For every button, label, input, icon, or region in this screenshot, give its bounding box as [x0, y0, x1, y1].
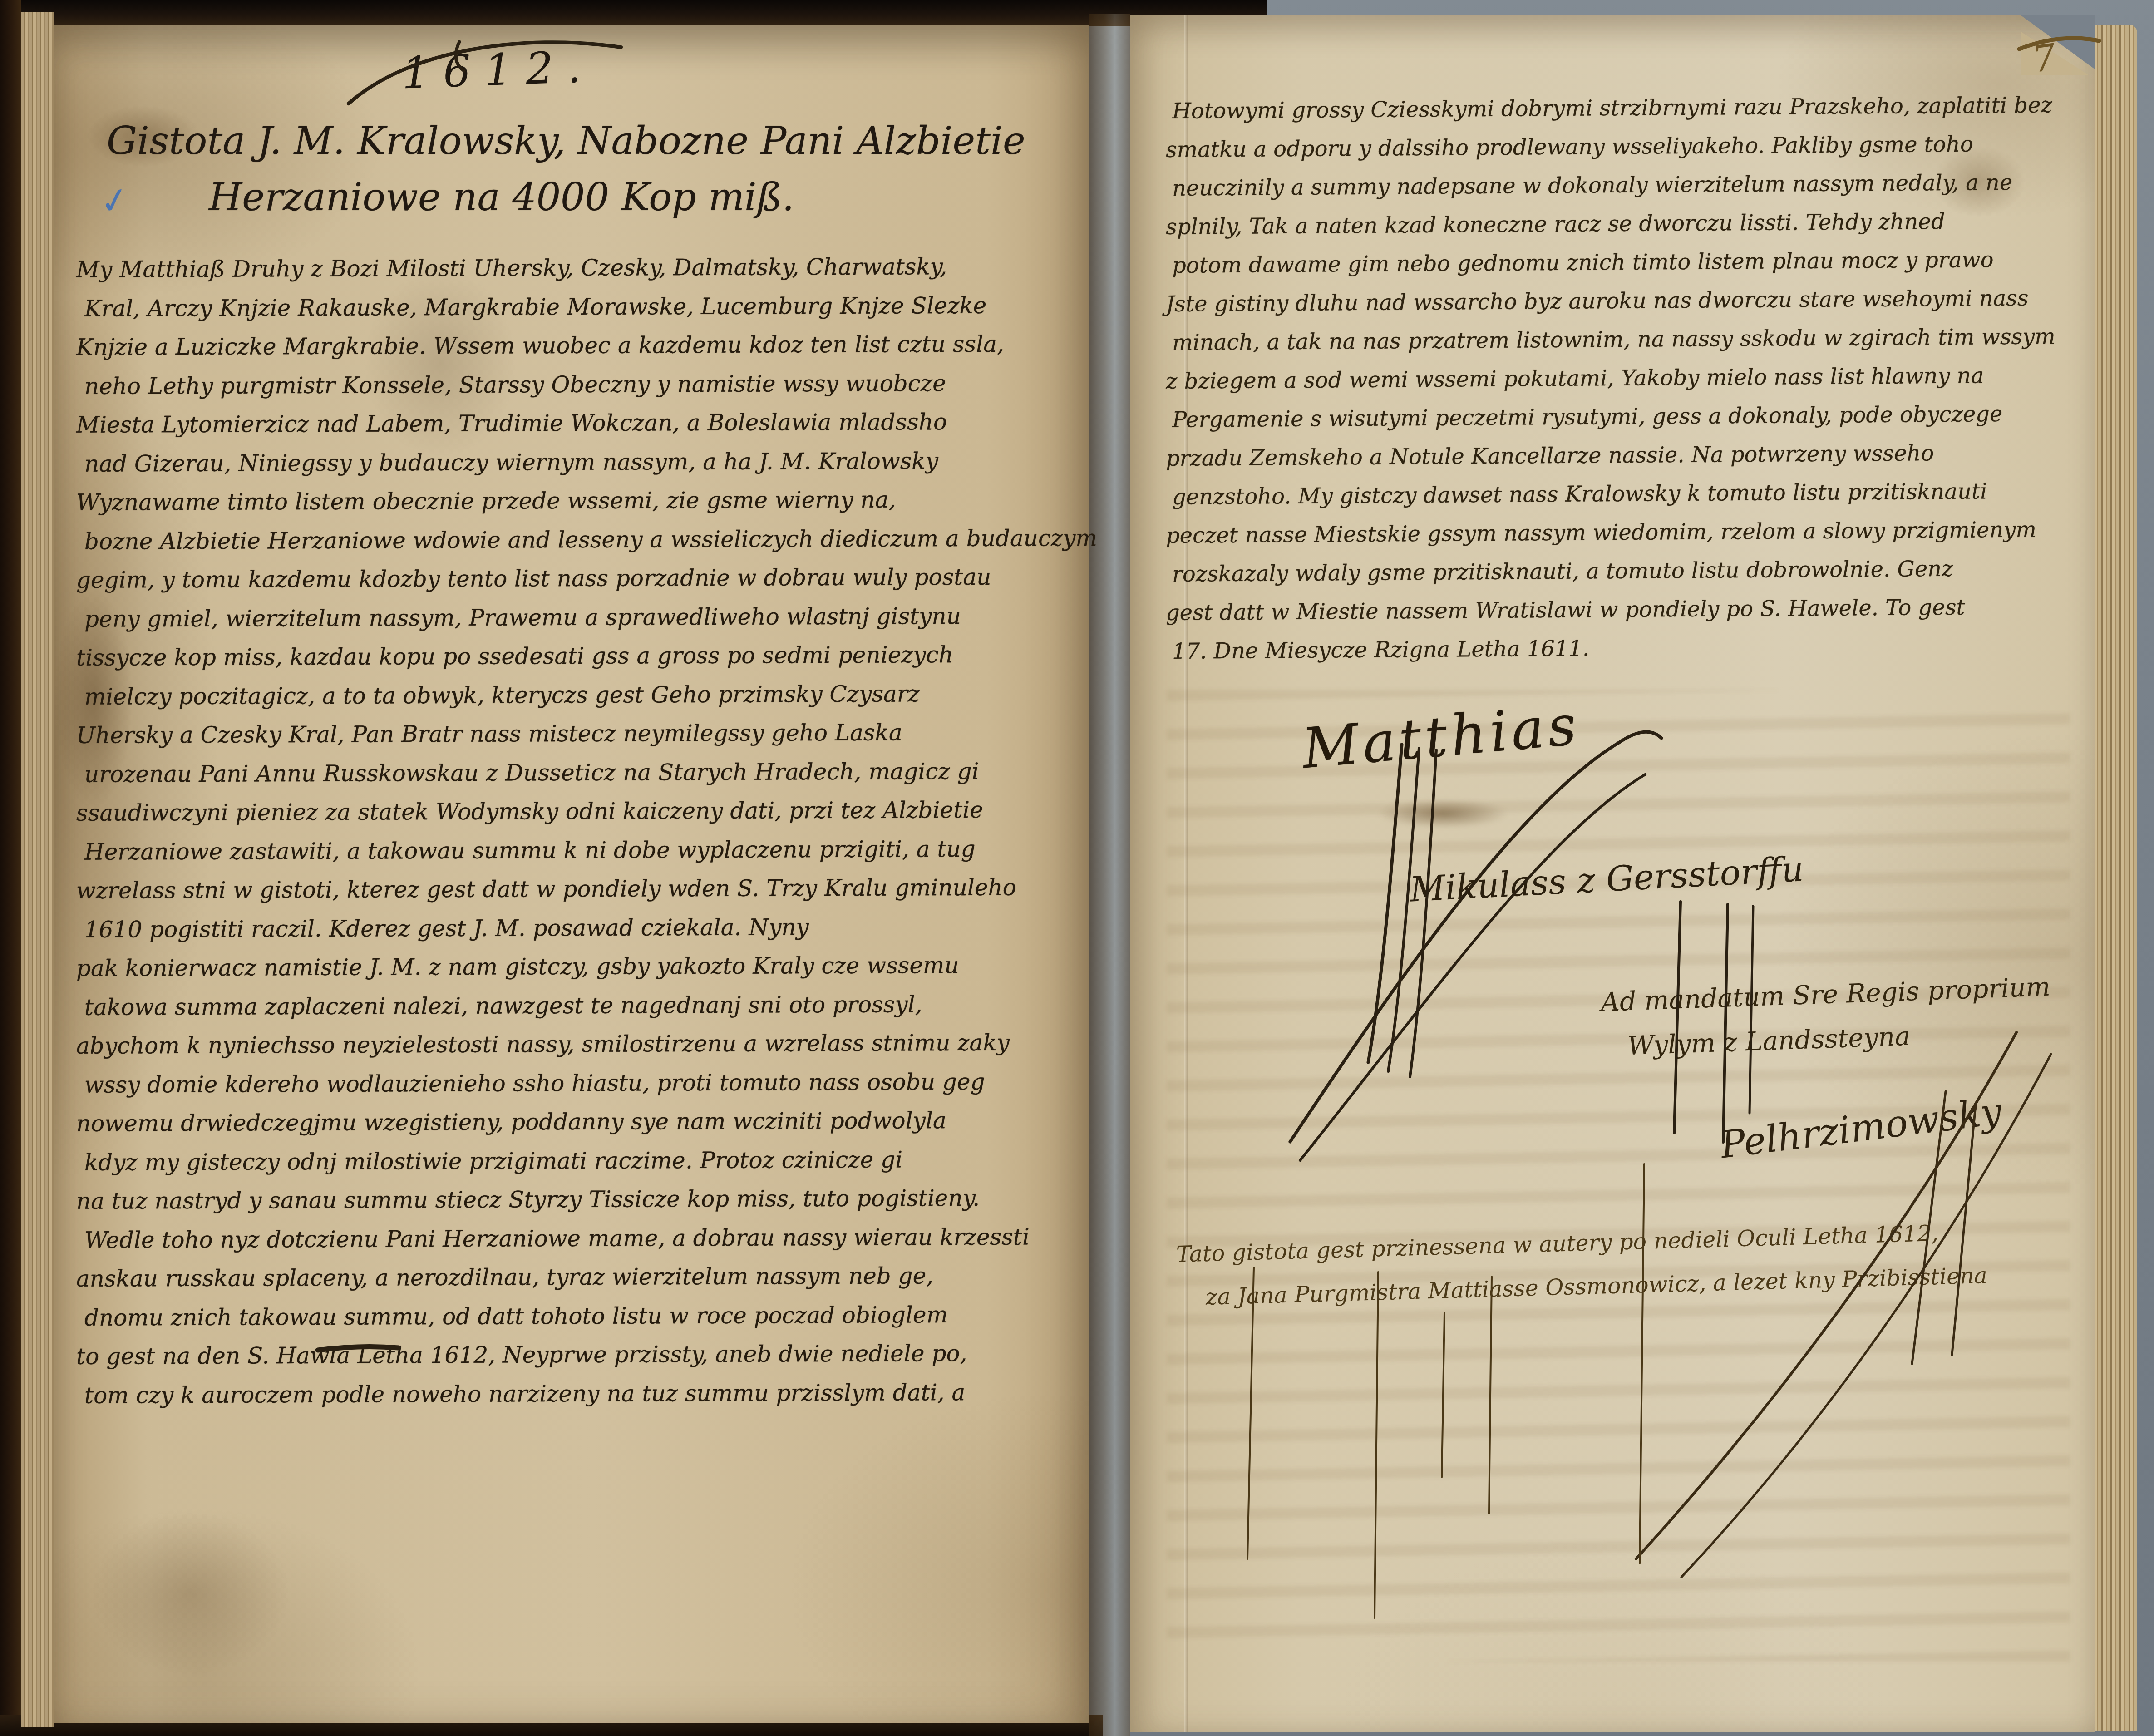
book-binding-top — [0, 0, 1267, 26]
page-edges-left — [21, 12, 54, 1727]
manuscript-line: Kral, Arczy Knjzie Rakauske, Margkrabie … — [76, 286, 1082, 328]
manuscript-line: Pergamenie s wisutymi peczetmi rysutymi,… — [1166, 395, 2079, 439]
manuscript-line: splnily, Tak a naten kzad koneczne racz … — [1166, 202, 2079, 247]
manuscript-line: neuczinily a summy nadepsane w dokonaly … — [1166, 163, 2079, 208]
manuscript-line: nad Gizerau, Niniegssy y budauczy wierny… — [76, 441, 1082, 483]
manuscript-line: wzrelass stni w gistoti, kterez gest dat… — [76, 868, 1082, 910]
manuscript-line: wssy domie kdereho wodlauzienieho ssho h… — [76, 1062, 1082, 1105]
manuscript-line: Jste gistiny dluhu nad wssarcho byz auro… — [1166, 279, 2079, 324]
manuscript-line: na tuz nastryd y sanau summu stiecz Styr… — [76, 1179, 1082, 1221]
manuscript-photo: 1612. ✓ Gistota J. M. Kralowsky, Nabozne… — [0, 0, 2154, 1736]
manuscript-line: potom dawame gim nebo gednomu znich timt… — [1166, 240, 2079, 285]
manuscript-line: tom czy k auroczem podle noweho narzizen… — [76, 1373, 1082, 1415]
manuscript-line: gegim, y tomu kazdemu kdozby tento list … — [76, 557, 1082, 600]
page-edges-right — [2094, 25, 2137, 1731]
manuscript-line: tissycze kop miss, kazdau kopu po ssedes… — [76, 635, 1082, 677]
manuscript-line: rozskazaly wdaly gsme przitisknauti, a t… — [1166, 549, 2079, 594]
manuscript-line: anskau russkau splaceny, a nerozdilnau, … — [76, 1256, 1082, 1298]
manuscript-line: Miesta Lytomierzicz nad Labem, Trudimie … — [76, 402, 1082, 444]
manuscript-line: Hotowymi grossy Cziesskymi dobrymi strzi… — [1166, 86, 2079, 131]
manuscript-line: genzstoho. My gistczy dawset nass Kralow… — [1166, 472, 2079, 517]
manuscript-line: gest datt w Miestie nassem Wratislawi w … — [1166, 587, 2079, 632]
left-page-body-text: My Matthiaß Druhy z Bozi Milosti Uhersky… — [76, 249, 1082, 1413]
book-binding-left — [0, 0, 21, 1736]
manuscript-line: kdyz my gisteczy odnj milostiwie przigim… — [76, 1140, 1082, 1182]
book-gutter — [1089, 14, 1130, 1736]
manuscript-line: urozenau Pani Annu Russkowskau z Dusseti… — [76, 752, 1082, 794]
manuscript-line: Uhersky a Czesky Kral, Pan Bratr nass mi… — [76, 713, 1082, 755]
manuscript-line: abychom k nyniechsso neyzielestosti nass… — [76, 1023, 1082, 1065]
manuscript-line: neho Lethy purgmistr Konssele, Starssy O… — [76, 364, 1082, 406]
manuscript-line: 1610 pogistiti raczil. Kderez gest J. M.… — [76, 907, 1082, 949]
manuscript-line: przadu Zemskeho a Notule Kancellarze nas… — [1166, 433, 2079, 478]
manuscript-line: nowemu drwiedczegjmu wzegistieny, poddan… — [76, 1101, 1082, 1143]
manuscript-line: 17. Dne Miesycze Rzigna Letha 1611. — [1166, 626, 2079, 671]
manuscript-line: My Matthiaß Druhy z Bozi Milosti Uhersky… — [76, 247, 1082, 289]
manuscript-line: Knjzie a Luziczke Margkrabie. Wssem wuob… — [76, 325, 1082, 367]
manuscript-line: takowa summa zaplaczeni nalezi, nawzgest… — [76, 985, 1082, 1027]
chancery-subscription: Ad mandatum Sre Regis proprium Wylym z L… — [1600, 965, 2053, 1069]
manuscript-line: Herzaniowe zastawiti, a takowau summu k … — [76, 829, 1082, 872]
charter-heading: Gistota J. M. Kralowsky, Nabozne Pani Al… — [107, 113, 1083, 225]
manuscript-line: bozne Alzbietie Herzaniowe wdowie and le… — [76, 519, 1082, 561]
manuscript-line: minach, a tak na nas przatrem listownim,… — [1166, 317, 2079, 362]
manuscript-line: to gest na den S. Hawla Letha 1612, Neyp… — [76, 1334, 1082, 1376]
right-page-body-text: Hotowymi grossy Cziesskymi dobrymi strzi… — [1166, 89, 2078, 668]
manuscript-line: pak konierwacz namistie J. M. z nam gist… — [76, 946, 1082, 988]
manuscript-line: z bziegem a sod wemi wssemi pokutami, Ya… — [1166, 356, 2079, 401]
heading-line: Herzaniowe na 4000 Kop miß. — [209, 169, 1083, 225]
manuscript-line: Wedle toho nyz dotczienu Pani Herzaniowe… — [76, 1218, 1082, 1260]
manuscript-line: mielczy poczitagicz, a to ta obwyk, kter… — [76, 674, 1082, 716]
manuscript-line: dnomu znich takowau summu, od datt tohot… — [76, 1295, 1082, 1337]
manuscript-line: smatku a odporu y dalssiho prodlewany ws… — [1166, 124, 2079, 169]
manuscript-line: ssaudiwczyni pieniez za statek Wodymsky … — [76, 790, 1082, 833]
manuscript-line: peny gmiel, wierzitelum nassym, Prawemu … — [76, 597, 1082, 639]
manuscript-line: peczet nasse Miestskie gssym nassym wied… — [1166, 510, 2079, 555]
manuscript-line: Wyznawame timto listem obecznie przede w… — [76, 480, 1082, 522]
heading-line: Gistota J. M. Kralowsky, Nabozne Pani Al… — [107, 113, 1083, 169]
year-header: 1612. — [401, 41, 595, 99]
